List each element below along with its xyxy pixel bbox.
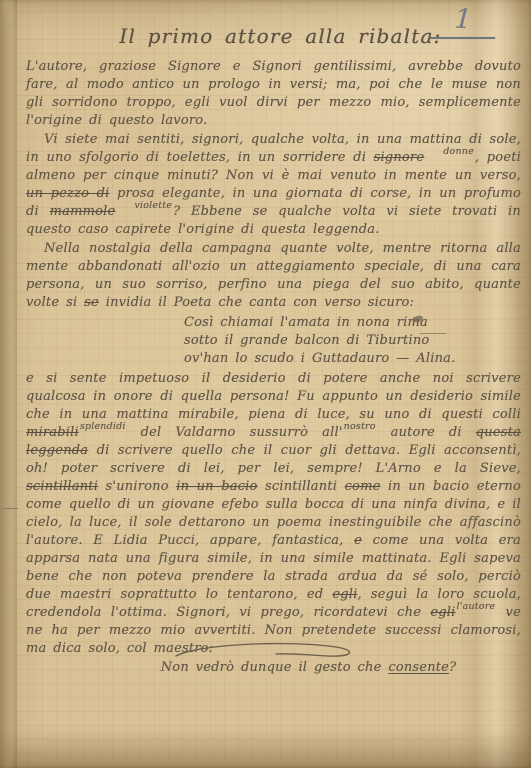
text-segment: e: [354, 533, 362, 548]
paragraph: Vi siete mai sentiti, signori, qualche v…: [26, 131, 521, 239]
text-segment: scintillanti: [258, 479, 345, 494]
manuscript-page: 1 Il primo attore alla ribalta: L'autore…: [0, 0, 531, 768]
text-segment: ?: [449, 660, 456, 675]
text-segment: s'unirono: [98, 479, 176, 494]
text-segment: come: [345, 479, 381, 494]
verse-margin-dash: [420, 333, 446, 334]
verse-line: ov'han lo scudo i Guttadauro — Alina.: [184, 350, 521, 368]
text-segment: l'autore: [457, 604, 496, 610]
verse-line: sotto il grande balcon di Tiburtino: [184, 332, 521, 350]
text-segment: in un bacio: [176, 479, 257, 494]
torn-left-edge: [0, 0, 17, 768]
text-segment: consente: [388, 660, 449, 675]
text-segment: scintillanti: [26, 479, 98, 494]
text-segment: se: [84, 295, 99, 310]
flourish-swash: [168, 640, 368, 666]
text-segment: violette: [116, 203, 172, 209]
paragraph: e si sente impetuoso il desiderio di pot…: [26, 370, 521, 658]
text-segment: un pezzo di: [26, 186, 109, 201]
text-segment: donne: [425, 149, 474, 155]
text-segment: autore di: [377, 425, 476, 440]
text-segment: egli: [332, 587, 357, 602]
paragraph: L'autore, graziose Signore e Signori gen…: [26, 58, 521, 130]
paragraph: Nella nostalgia della campagna quante vo…: [26, 240, 521, 312]
text-segment: nostro: [344, 424, 376, 430]
text-segment: invidia il Poeta che canta con verso sic…: [99, 295, 414, 310]
text-segment: del Valdarno sussurrò all': [127, 425, 343, 440]
text-segment: splendidi: [80, 424, 126, 430]
text-segment: mammole: [50, 204, 116, 219]
page-number: 1: [426, 4, 500, 41]
page-number-value: 1: [454, 4, 473, 36]
text-segment: e si sente impetuoso il desiderio di pot…: [26, 371, 521, 422]
text-segment: L'autore, graziose Signore e Signori gen…: [26, 59, 521, 128]
verse-block: Così chiamai l'amata in nona rimasotto i…: [184, 314, 521, 368]
left-margin-mark: [2, 508, 18, 509]
verse-line: Così chiamai l'amata in nona rima: [184, 314, 521, 332]
text-segment: signore: [374, 150, 425, 165]
text-segment: mirabili: [26, 425, 79, 440]
page-number-underline: [429, 37, 495, 39]
text-segment: egli: [430, 605, 455, 620]
text-segment: di scrivere quello che il cuor gli detta…: [26, 443, 521, 476]
